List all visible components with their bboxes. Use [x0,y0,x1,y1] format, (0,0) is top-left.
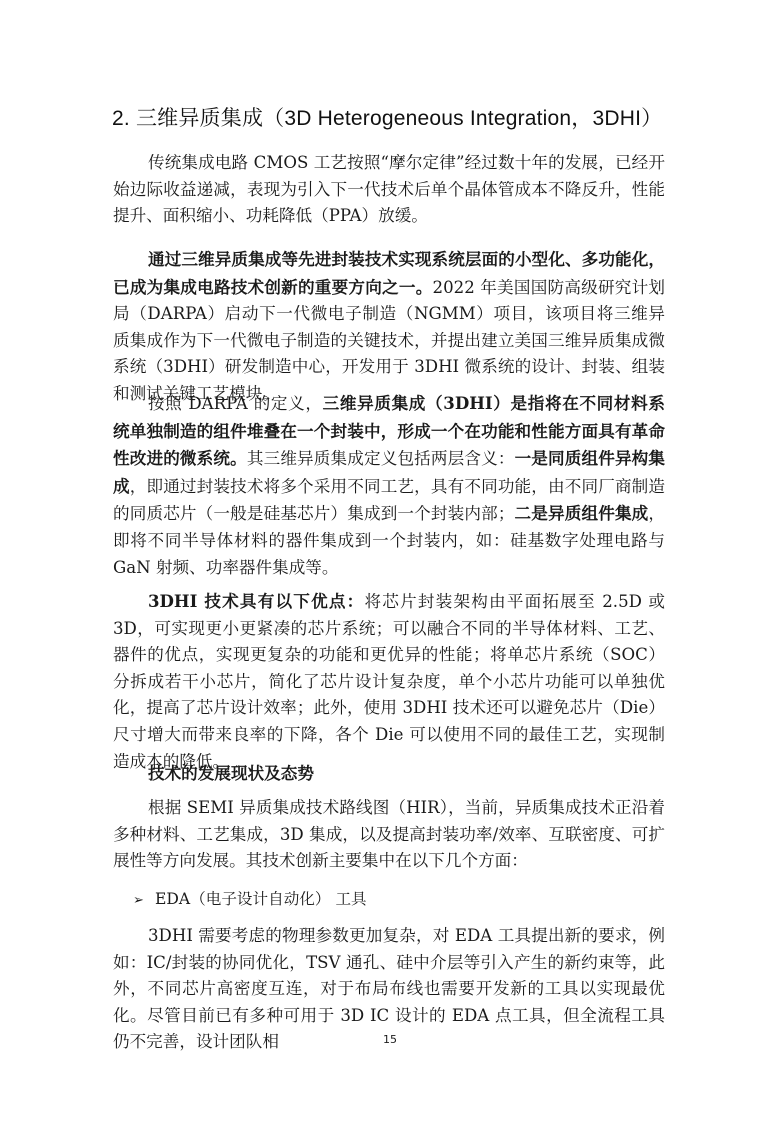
paragraph-text: 按照 DARPA 的定义， [148,394,323,413]
section-heading: 2. 三维异质集成（3D Heterogeneous Integration，3… [112,102,662,132]
paragraph-cmos: 传统集成电路 CMOS 工艺按照“摩尔定律”经过数十年的发展，已经开始边际收益递… [113,150,665,230]
paragraph-text: 根据 SEMI 异质集成技术路线图（HIR），当前，异质集成技术正沿着多种材料、… [113,798,665,870]
bullet-item-eda: ➢EDA（电子设计自动化） 工具 [133,887,367,909]
paragraph-darpa-definition: 按照 DARPA 的定义，三维异质集成（3DHI）是指将在不同材料系统单独制造的… [113,390,665,581]
paragraph-text: 其三维异质集成定义包括两层含义： [247,449,515,468]
bold-term-heterogeneous: 二是异质组件集成 [514,503,648,523]
bold-lead: 3DHI 技术具有以下优点： [148,591,364,611]
bullet-text: EDA（电子设计自动化） 工具 [155,890,367,908]
paragraph-text: 将芯片封装架构由平面拓展至 2.5D 或 3D，可实现更小更紧凑的芯片系统；可以… [113,592,665,771]
document-page: 2. 三维异质集成（3D Heterogeneous Integration，3… [0,0,774,1122]
arrowhead-bullet-icon: ➢ [133,893,155,908]
page-number: 15 [383,1033,397,1046]
paragraph-text: 传统集成电路 CMOS 工艺按照“摩尔定律”经过数十年的发展，已经开始边际收益递… [113,153,665,225]
paragraph-hir: 根据 SEMI 异质集成技术路线图（HIR），当前，异质集成技术正沿着多种材料、… [113,795,665,875]
subheading: 技术的发展现状及态势 [148,760,314,784]
paragraph-3dhi-direction: 通过三维异质集成等先进封装技术实现系统层面的小型化、多功能化，已成为集成电路技术… [113,246,665,408]
paragraph-advantages: 3DHI 技术具有以下优点：将芯片封装架构由平面拓展至 2.5D 或 3D，可实… [113,588,665,775]
